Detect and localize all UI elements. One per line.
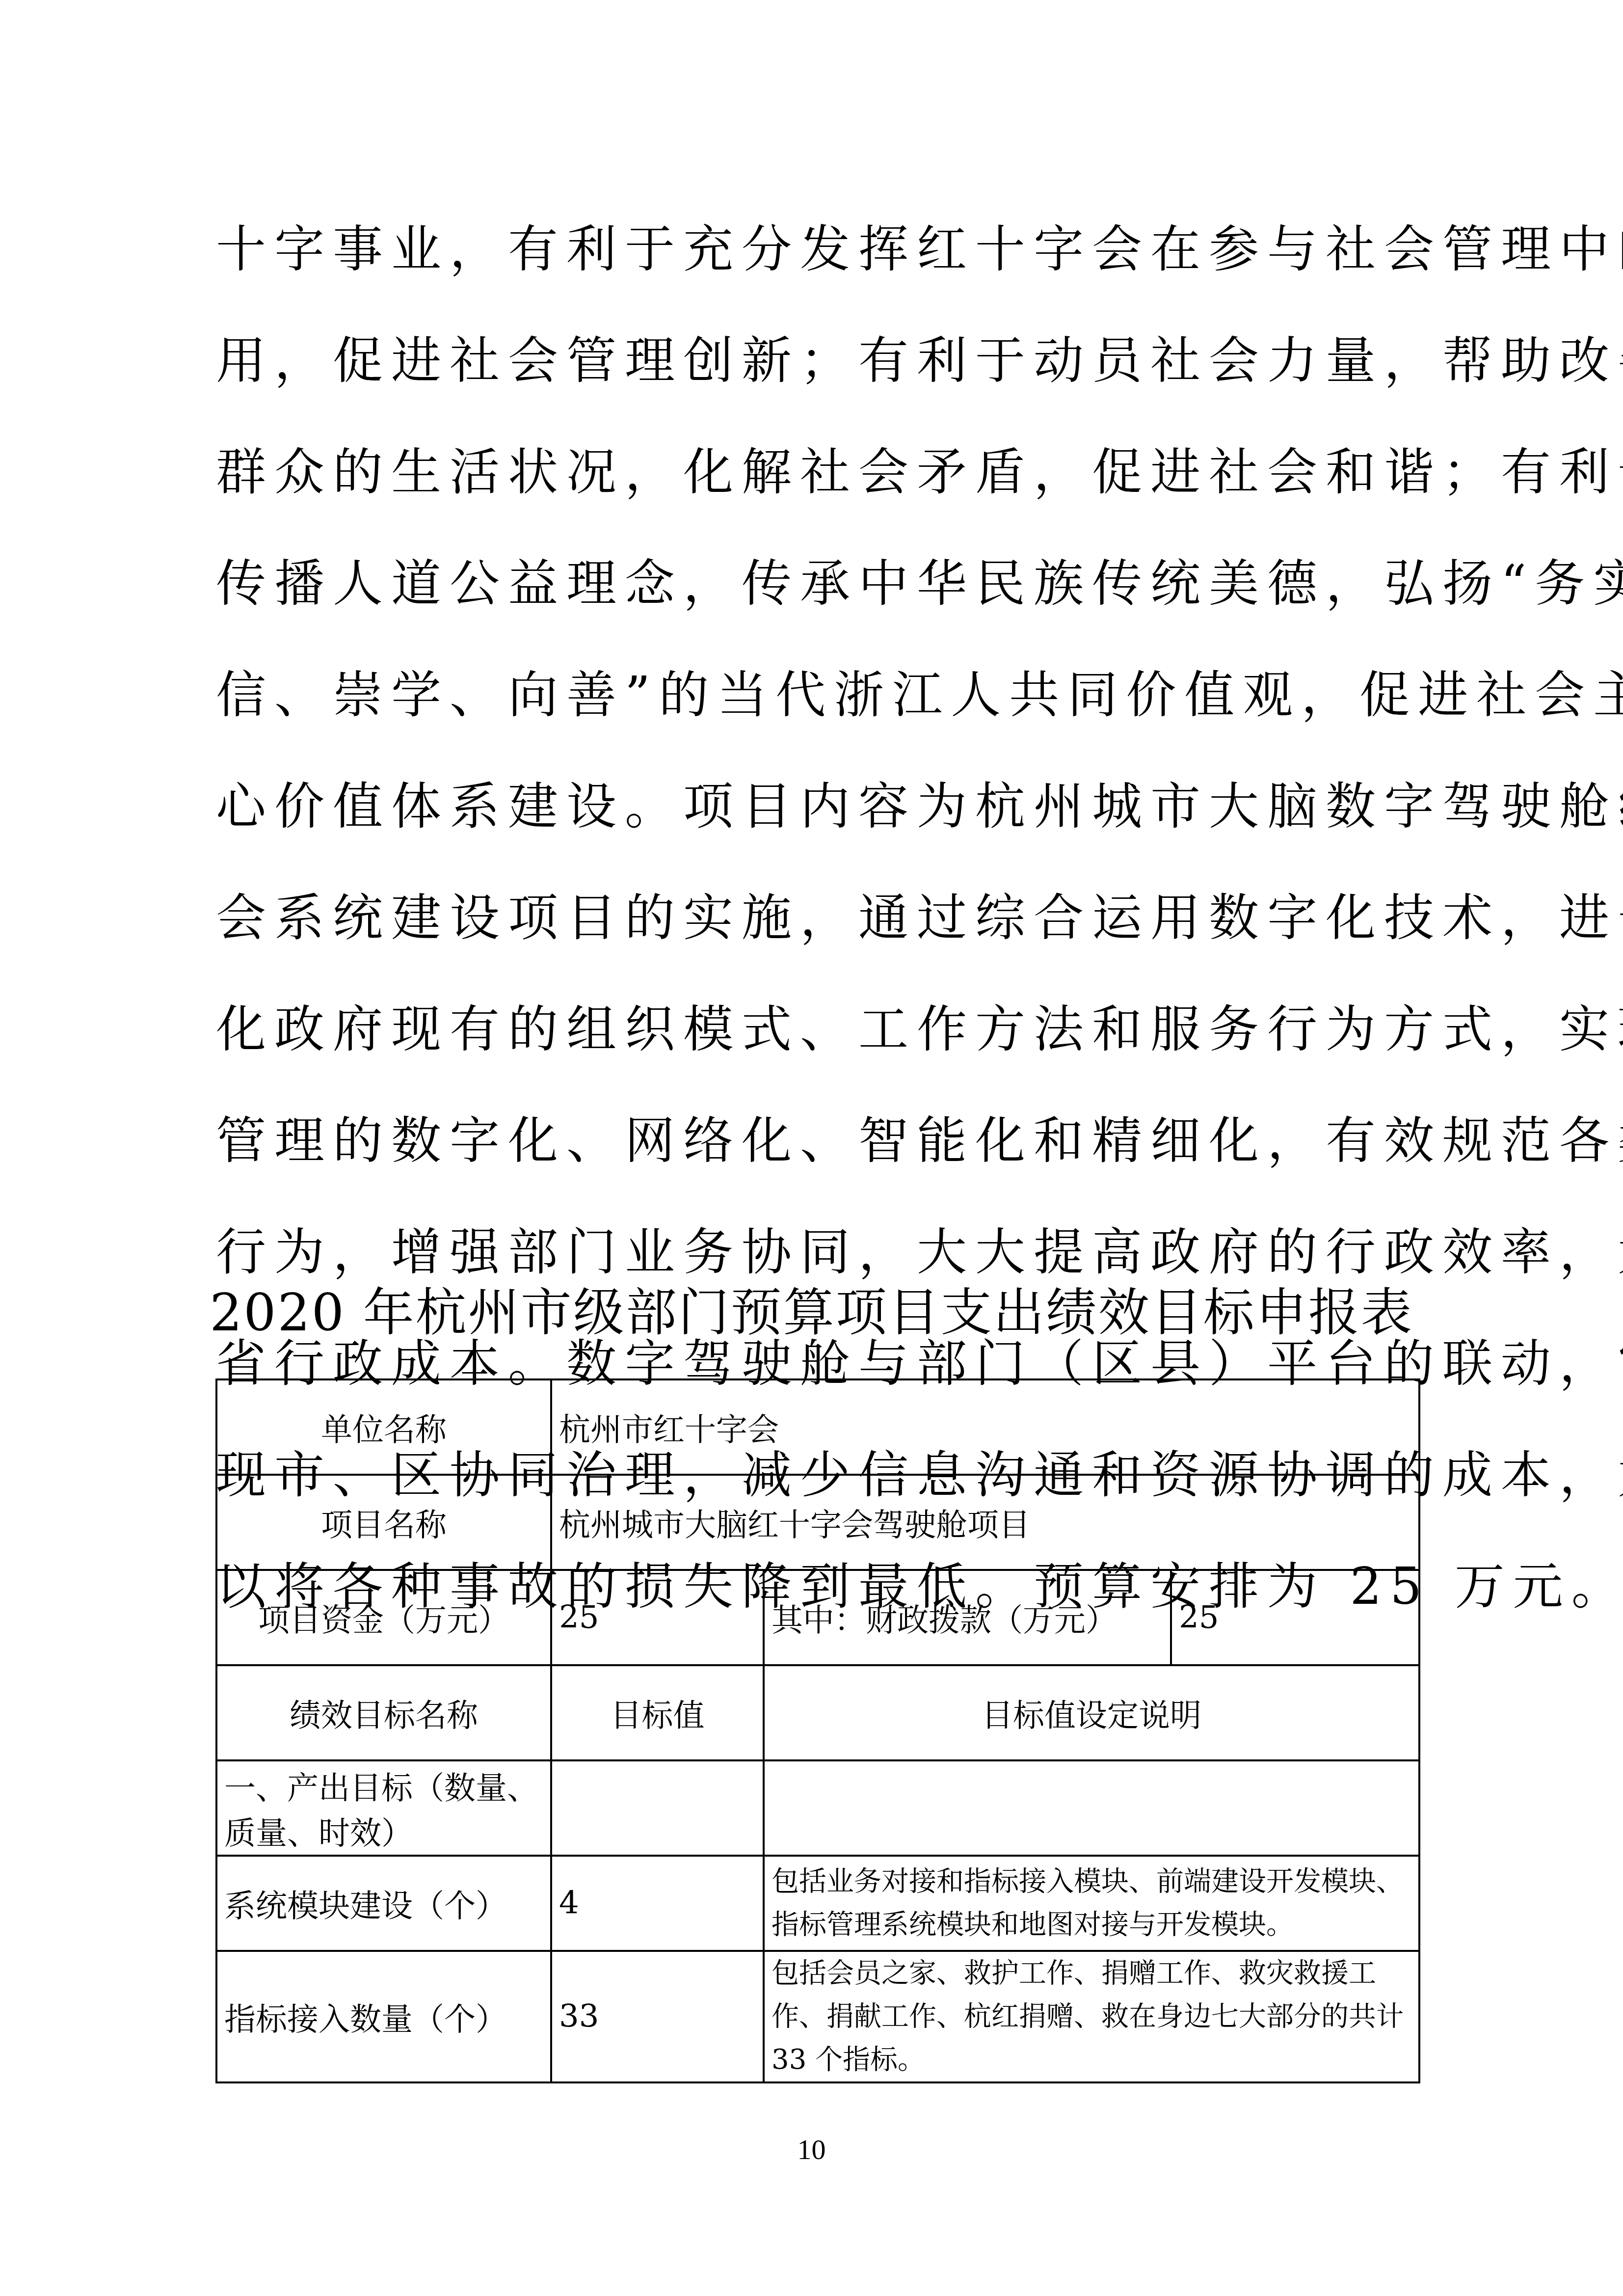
fiscal-allocation-value: 25 bbox=[1171, 1570, 1419, 1665]
unit-name-row: 单位名称 杭州市红十字会 bbox=[216, 1379, 1419, 1475]
target-description: 包括业务对接和指标接入模块、前端建设开发模块、指标管理系统模块和地图对接与开发模… bbox=[764, 1856, 1419, 1951]
goal-name: 指标接入数量（个） bbox=[216, 1951, 551, 2082]
goal-name: 一、产出目标（数量、质量、时效） bbox=[216, 1760, 551, 1856]
project-name-row: 项目名称 杭州城市大脑红十字会驾驶舱项目 bbox=[216, 1475, 1419, 1570]
project-name-value: 杭州城市大脑红十字会驾驶舱项目 bbox=[551, 1475, 1419, 1570]
header-target-value: 目标值 bbox=[551, 1665, 764, 1760]
paragraph-line: 心价值体系建设。项目内容为杭州城市大脑数字驾驶舱红十字 bbox=[216, 751, 1421, 863]
paragraph-line: 传播人道公益理念，传承中华民族传统美德，弘扬“务实、守 bbox=[216, 528, 1421, 640]
paragraph-line: 群众的生活状况，化解社会矛盾，促进社会和谐；有利于广泛 bbox=[216, 417, 1421, 528]
paragraph-line: 信、崇学、向善”的当代浙江人共同价值观，促进社会主义核 bbox=[216, 640, 1421, 751]
table-header-row: 绩效目标名称 目标值 目标值设定说明 bbox=[216, 1665, 1419, 1760]
target-value: 33 bbox=[551, 1951, 764, 2082]
paragraph-line: 化政府现有的组织模式、工作方法和服务行为方式，实现政府 bbox=[216, 974, 1421, 1085]
unit-name-value: 杭州市红十字会 bbox=[551, 1379, 1419, 1475]
target-value bbox=[551, 1760, 764, 1856]
paragraph-line: 会系统建设项目的实施，通过综合运用数字化技术，进一步优 bbox=[216, 863, 1421, 974]
performance-goal-form: 单位名称 杭州市红十字会 项目名称 杭州城市大脑红十字会驾驶舱项目 项目资金（万… bbox=[215, 1378, 1420, 2083]
project-funds-row: 项目资金（万元） 25 其中：财政拨款（万元） 25 bbox=[216, 1570, 1419, 1665]
paragraph-line: 十字事业，有利于充分发挥红十字会在参与社会管理中的作 bbox=[216, 194, 1421, 305]
table-row: 系统模块建设（个） 4 包括业务对接和指标接入模块、前端建设开发模块、指标管理系… bbox=[216, 1856, 1419, 1951]
target-description bbox=[764, 1760, 1419, 1856]
goal-name: 系统模块建设（个） bbox=[216, 1856, 551, 1951]
project-funds-value: 25 bbox=[551, 1570, 764, 1665]
unit-name-label: 单位名称 bbox=[216, 1379, 551, 1475]
table-row: 一、产出目标（数量、质量、时效） bbox=[216, 1760, 1419, 1856]
target-value: 4 bbox=[551, 1856, 764, 1951]
page-number: 10 bbox=[0, 2133, 1623, 2166]
project-name-label: 项目名称 bbox=[216, 1475, 551, 1570]
table-title: 2020 年杭州市级部门预算项目支出绩效目标申报表 bbox=[0, 1271, 1623, 1345]
header-target-description: 目标值设定说明 bbox=[764, 1665, 1419, 1760]
project-funds-label: 项目资金（万元） bbox=[216, 1570, 551, 1665]
header-goal-name: 绩效目标名称 bbox=[216, 1665, 551, 1760]
target-description: 包括会员之家、救护工作、捐赠工作、救灾救援工作、捐献工作、杭红捐赠、救在身边七大… bbox=[764, 1951, 1419, 2082]
paragraph-line: 用，促进社会管理创新；有利于动员社会力量，帮助改善困难 bbox=[216, 305, 1421, 417]
paragraph-line: 管理的数字化、网络化、智能化和精细化，有效规范各类行政 bbox=[216, 1085, 1421, 1197]
fiscal-allocation-label: 其中：财政拨款（万元） bbox=[764, 1570, 1171, 1665]
table-row: 指标接入数量（个） 33 包括会员之家、救护工作、捐赠工作、救灾救援工作、捐献工… bbox=[216, 1951, 1419, 2082]
